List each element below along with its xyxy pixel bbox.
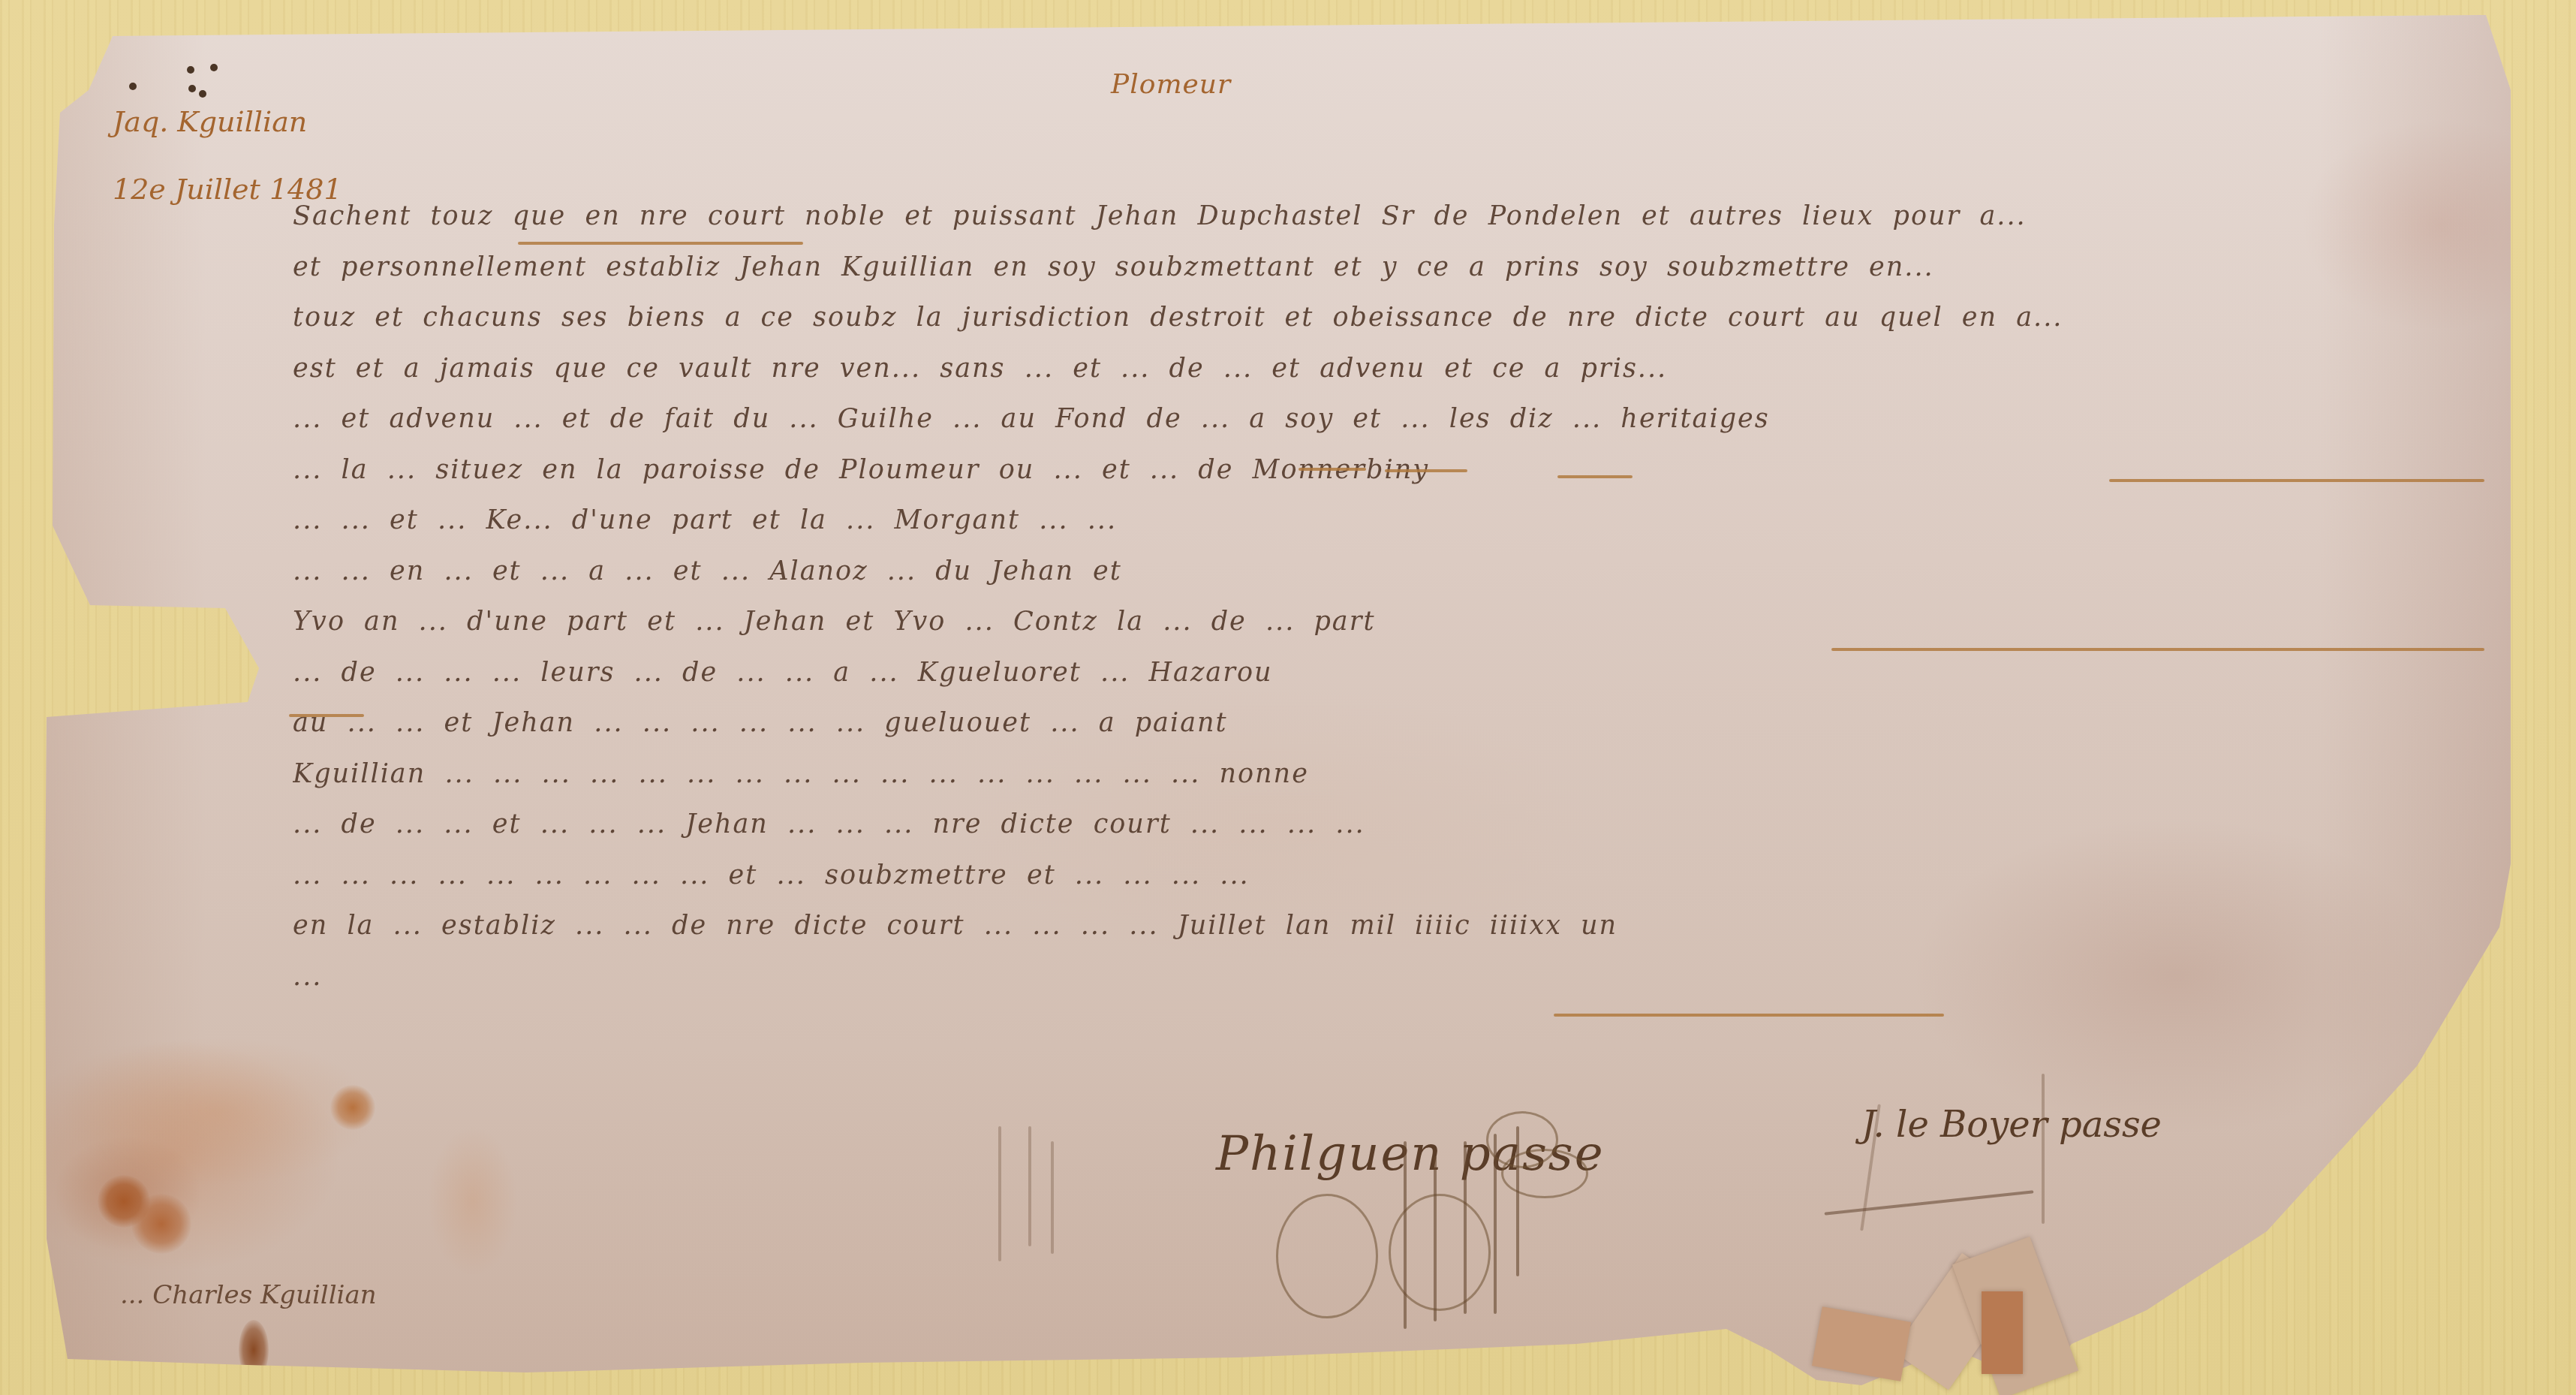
text-line: en la ... establiz ... ... de nre dicte …: [293, 901, 2492, 952]
text-line: et personnellement establiz Jehan Kguill…: [293, 243, 2492, 294]
signature-stroke: [2042, 1074, 2045, 1224]
text-line: ... de ... ... ... leurs ... de ... ... …: [293, 648, 2492, 699]
text-line: est et a jamais que ce vault nre ven... …: [293, 344, 2492, 395]
text-line: touz et chacuns ses biens a ce soubz la …: [293, 293, 2492, 344]
parchment-sheet: Plomeur Jaq. Kguillian 12e Juillet 1481 …: [0, 0, 2576, 1395]
pin-hole: [187, 66, 194, 74]
red-underline: [1385, 469, 1467, 472]
notary-signature-right: J. le Boyer passe: [1861, 1104, 2162, 1146]
red-underline: [1299, 468, 1366, 471]
signature-stroke: [1464, 1141, 1467, 1314]
text-line: ... et advenu ... et de fait du ... Guil…: [293, 394, 2492, 445]
text-line: ...: [293, 952, 2492, 1003]
signature-stroke: [1494, 1134, 1497, 1314]
red-underline: [289, 714, 364, 717]
signature-flourish: [1501, 1149, 1588, 1198]
charter-body-text: Sachent touz que en nre court noble et p…: [293, 191, 2492, 1002]
water-stain: [428, 1126, 518, 1276]
text-line: au ... ... et Jehan ... ... ... ... ... …: [293, 698, 2492, 749]
signature-stroke: [1028, 1126, 1031, 1246]
red-underline: [1554, 1014, 1944, 1017]
text-line: Yvo an ... d'une part et ... Jehan et Yv…: [293, 597, 2492, 648]
seal-tag-strip: [1982, 1291, 2023, 1374]
water-stain: [60, 1036, 375, 1186]
signature-stroke: [998, 1126, 1001, 1261]
text-line: ... ... en ... et ... a ... et ... Alano…: [293, 547, 2492, 598]
red-underline: [1831, 648, 2484, 651]
signature-stroke: [1516, 1126, 1519, 1276]
red-underline: [2109, 479, 2484, 482]
margin-name-annotation: Jaq. Kguillian: [113, 105, 307, 138]
red-underline: [518, 242, 803, 245]
text-line: ... de ... ... et ... ... ... Jehan ... …: [293, 800, 2492, 851]
signature-stroke: [1434, 1156, 1437, 1321]
text-line: Sachent touz que en nre court noble et p…: [293, 191, 2492, 243]
red-underline: [1557, 475, 1633, 478]
signature-stroke: [1051, 1141, 1054, 1254]
text-line: ... ... et ... Ke... d'une part et la ..…: [293, 496, 2492, 547]
text-line: Kguillian ... ... ... ... ... ... ... ..…: [293, 749, 2492, 800]
text-line: ... ... ... ... ... ... ... ... ... et .…: [293, 851, 2492, 902]
pin-hole: [129, 83, 137, 90]
signature-stroke: [1404, 1141, 1407, 1329]
signature-flourish: [1276, 1194, 1378, 1318]
rust-stain: [131, 1194, 191, 1254]
bottom-margin-note: ... Charles Kguillian: [120, 1280, 377, 1310]
place-name-annotation: Plomeur: [1111, 69, 1231, 100]
pin-hole: [210, 64, 218, 71]
pin-hole: [188, 85, 196, 92]
pin-hole: [199, 90, 206, 98]
signature-strike-line: [1825, 1190, 2034, 1215]
